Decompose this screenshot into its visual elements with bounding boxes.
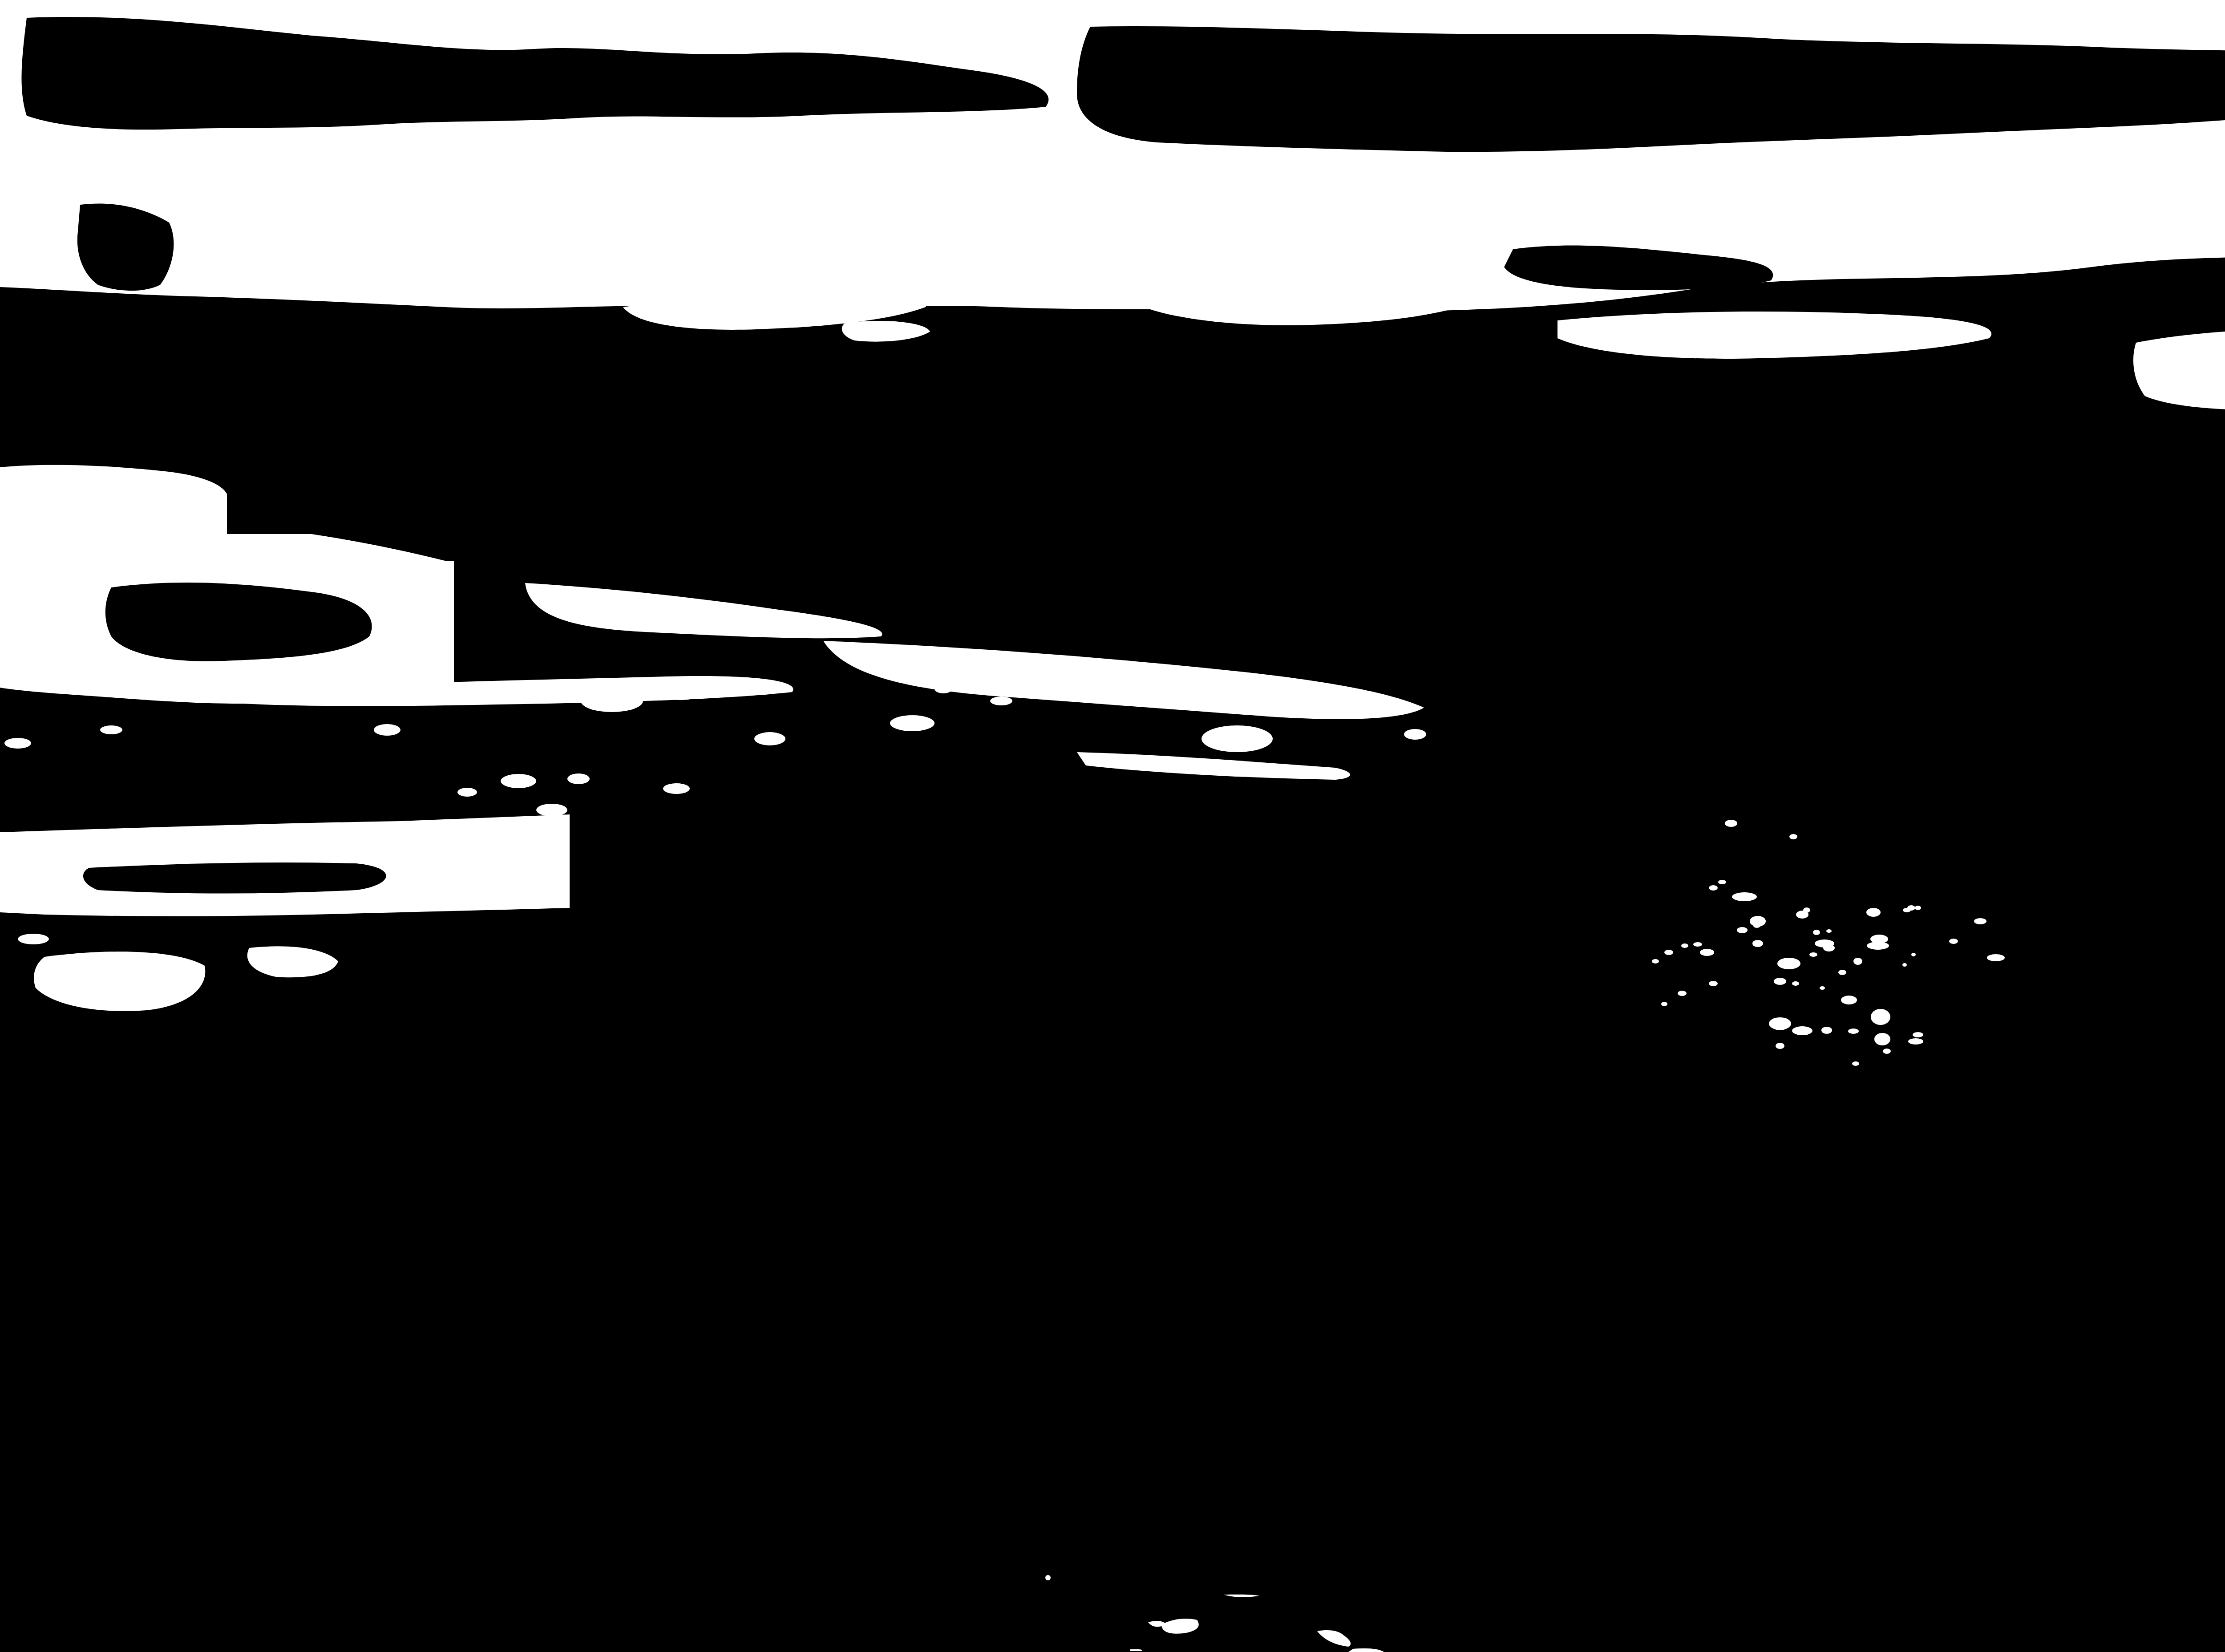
thresholded-image: [0, 0, 2225, 1652]
sky-cloud-band: [0, 0, 2225, 410]
shoreline-surf-highlights: [0, 465, 1426, 1011]
photograph: [0, 0, 2225, 1652]
scattered-glints: [1652, 820, 2005, 1066]
foreground-bottom-highlights: [1045, 1575, 1384, 1652]
